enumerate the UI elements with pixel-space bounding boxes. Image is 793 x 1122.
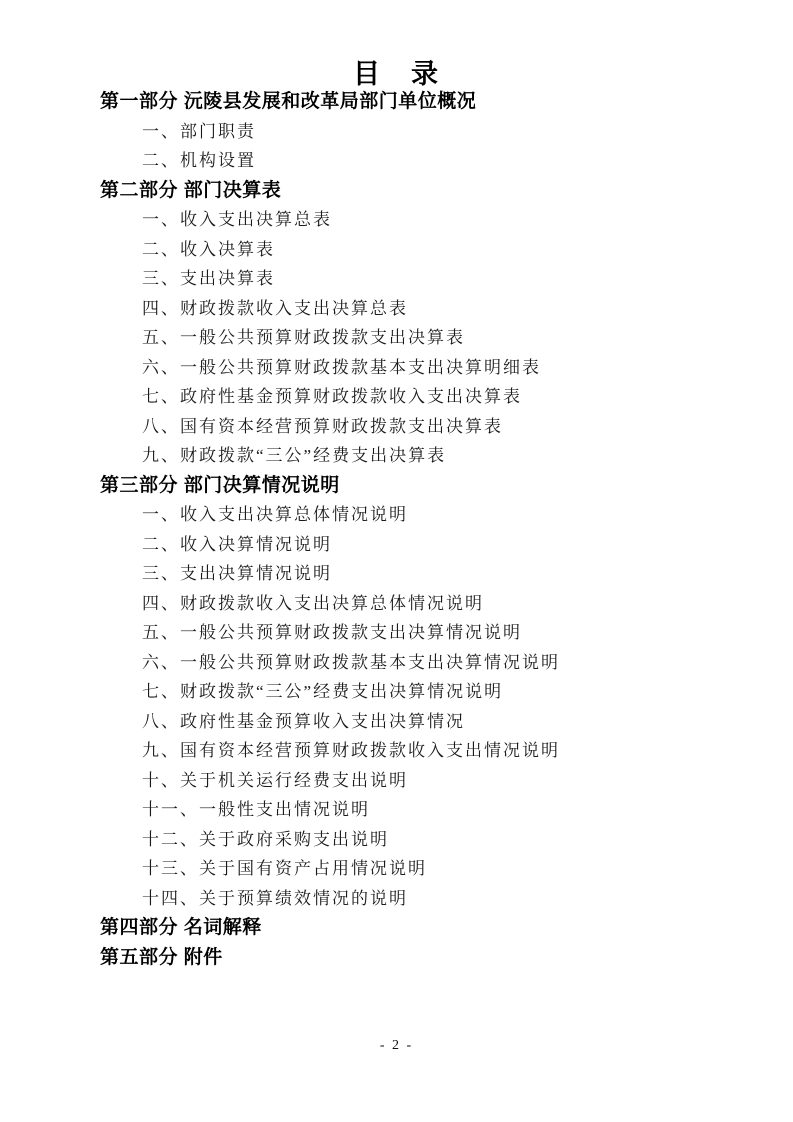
toc-item: 一、收入支出决算总体情况说明: [100, 500, 743, 530]
document-page: 目 录 第一部分 沅陵县发展和改革局部门单位概况一、部门职责二、机构设置第二部分…: [0, 0, 793, 1122]
toc-item: 二、收入决算情况说明: [100, 530, 743, 560]
section-heading: 第一部分 沅陵县发展和改革局部门单位概况: [100, 87, 743, 117]
toc-item: 二、收入决算表: [100, 235, 743, 265]
section-heading: 第三部分 部门决算情况说明: [100, 471, 743, 501]
toc-item: 六、一般公共预算财政拨款基本支出决算情况说明: [100, 648, 743, 678]
toc-item: 四、财政拨款收入支出决算总体情况说明: [100, 589, 743, 619]
toc-item: 十三、关于国有资产占用情况说明: [100, 854, 743, 884]
toc-item: 八、政府性基金预算收入支出决算情况: [100, 707, 743, 737]
toc-item: 三、支出决算情况说明: [100, 559, 743, 589]
toc-item: 十一、一般性支出情况说明: [100, 795, 743, 825]
page-title: 目 录: [0, 52, 793, 91]
toc-item: 八、国有资本经营预算财政拨款支出决算表: [100, 412, 743, 442]
section-heading: 第二部分 部门决算表: [100, 176, 743, 206]
toc-item: 十、关于机关运行经费支出说明: [100, 766, 743, 796]
section-heading: 第五部分 附件: [100, 943, 743, 973]
toc-item: 七、政府性基金预算财政拨款收入支出决算表: [100, 382, 743, 412]
toc: 第一部分 沅陵县发展和改革局部门单位概况一、部门职责二、机构设置第二部分 部门决…: [100, 87, 743, 972]
toc-section: 第二部分 部门决算表一、收入支出决算总表二、收入决算表三、支出决算表四、财政拨款…: [100, 176, 743, 471]
toc-item: 二、机构设置: [100, 146, 743, 176]
toc-item: 三、支出决算表: [100, 264, 743, 294]
toc-item: 五、一般公共预算财政拨款支出决算表: [100, 323, 743, 353]
toc-section: 第一部分 沅陵县发展和改革局部门单位概况一、部门职责二、机构设置: [100, 87, 743, 176]
toc-item: 六、一般公共预算财政拨款基本支出决算明细表: [100, 353, 743, 383]
toc-item: 一、收入支出决算总表: [100, 205, 743, 235]
page-number: - 2 -: [0, 1038, 793, 1054]
toc-item: 九、财政拨款“三公”经费支出决算表: [100, 441, 743, 471]
toc-item: 七、财政拨款“三公”经费支出决算情况说明: [100, 677, 743, 707]
toc-section: 第三部分 部门决算情况说明一、收入支出决算总体情况说明二、收入决算情况说明三、支…: [100, 471, 743, 914]
toc-item: 十二、关于政府采购支出说明: [100, 825, 743, 855]
toc-item: 九、国有资本经营预算财政拨款收入支出情况说明: [100, 736, 743, 766]
toc-item: 五、一般公共预算财政拨款支出决算情况说明: [100, 618, 743, 648]
toc-item: 十四、关于预算绩效情况的说明: [100, 884, 743, 914]
toc-item: 一、部门职责: [100, 117, 743, 147]
toc-section: 第五部分 附件: [100, 943, 743, 973]
section-heading: 第四部分 名词解释: [100, 913, 743, 943]
toc-section: 第四部分 名词解释: [100, 913, 743, 943]
toc-item: 四、财政拨款收入支出决算总表: [100, 294, 743, 324]
